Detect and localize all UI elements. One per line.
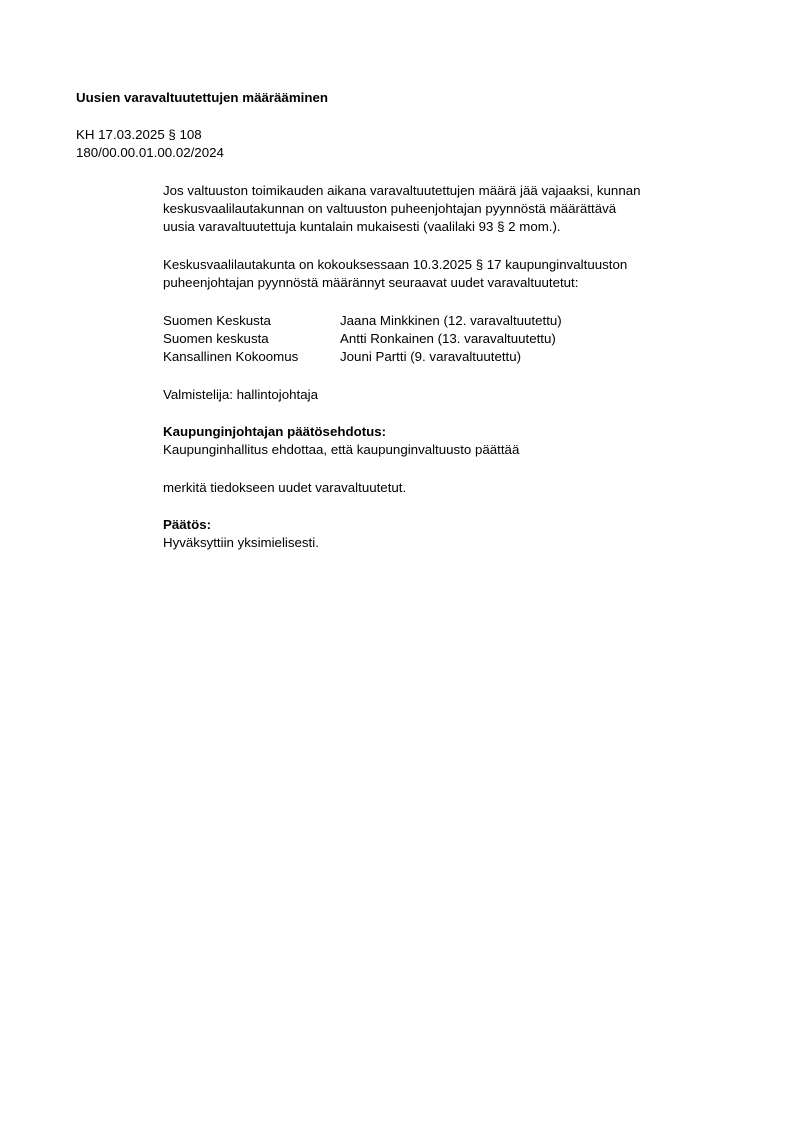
decision-text: Hyväksyttiin yksimielisesti. (163, 534, 319, 552)
appointee-person: Jouni Partti (9. varavaltuutettu) (340, 348, 521, 366)
document-page: Uusien varavaltuutettujen määrääminen KH… (0, 0, 794, 1122)
proposal-heading: Kaupunginjohtajan päätösehdotus: (163, 423, 386, 441)
appointee-person: Antti Ronkainen (13. varavaltuutettu) (340, 330, 556, 348)
paragraph-1-line-1: Jos valtuuston toimikauden aikana varava… (163, 182, 641, 200)
paragraph-2-line-1: Keskusvaalilautakunta on kokouksessaan 1… (163, 256, 627, 274)
proposal-text: Kaupunginhallitus ehdottaa, että kaupung… (163, 441, 519, 459)
paragraph-1-line-2: keskusvaalilautakunnan on valtuuston puh… (163, 200, 616, 218)
decision-heading: Päätös: (163, 516, 211, 534)
appointee-party: Suomen Keskusta (163, 312, 271, 330)
paragraph-2-line-2: puheenjohtajan pyynnöstä määrännyt seura… (163, 274, 578, 292)
appointee-party: Kansallinen Kokoomus (163, 348, 298, 366)
document-title: Uusien varavaltuutettujen määrääminen (76, 89, 328, 107)
appointee-person: Jaana Minkkinen (12. varavaltuutettu) (340, 312, 562, 330)
preparer: Valmistelija: hallintojohtaja (163, 386, 318, 404)
meeting-reference: KH 17.03.2025 § 108 (76, 126, 202, 144)
paragraph-1-line-3: uusia varavaltuutettuja kuntalain mukais… (163, 218, 561, 236)
case-number: 180/00.00.01.00.02/2024 (76, 144, 224, 162)
proposal-item: merkitä tiedokseen uudet varavaltuutetut… (163, 479, 406, 497)
appointee-party: Suomen keskusta (163, 330, 269, 348)
